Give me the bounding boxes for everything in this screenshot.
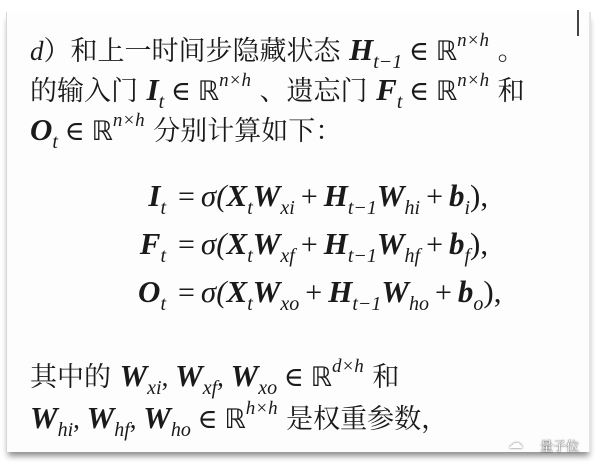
truncated-text-edge <box>577 10 579 36</box>
rhs: =σ(XtWxo+Ht−1Who+bo), <box>172 274 501 316</box>
wechat-icon: ☁ <box>508 434 523 452</box>
superscript: n×h <box>219 70 251 91</box>
element-of: ∈ <box>402 76 436 106</box>
matrix-W: W <box>377 226 405 261</box>
subscript: t <box>160 197 166 219</box>
text: 其中的 <box>30 362 120 393</box>
superscript: n×h <box>457 30 489 51</box>
comma: , <box>217 362 231 392</box>
superscript: n×h <box>113 110 145 131</box>
close-paren: ), <box>470 178 488 213</box>
subscript: xi <box>280 197 294 219</box>
matrix-O: O <box>30 112 52 147</box>
matrix-H: H <box>328 274 352 309</box>
reals-symbol: ℝ <box>436 76 457 107</box>
subscript: o <box>473 293 483 315</box>
subscript: xo <box>280 293 299 315</box>
subscript: hf <box>114 419 130 441</box>
watermark-label: 量子位 <box>540 436 579 455</box>
plus: + <box>420 228 449 261</box>
subscript: hi <box>58 419 74 441</box>
text: 。 <box>489 36 525 67</box>
superscript: h×h <box>246 398 278 419</box>
rhs: =σ(XtWxf+Ht−1Whf+bf), <box>172 226 488 268</box>
matrix-X: X <box>227 226 248 261</box>
matrix-W: W <box>143 400 171 435</box>
subscript: ho <box>409 293 429 315</box>
matrix-F: F <box>376 72 397 107</box>
subscript: ho <box>171 419 191 441</box>
lhs: I <box>148 178 160 213</box>
text: ）和上一时间步隐藏状态 <box>44 36 350 67</box>
superscript: n×h <box>457 70 489 91</box>
text: 、遗忘门 <box>251 76 376 107</box>
equals: = <box>172 180 201 213</box>
sigma: σ( <box>201 226 227 261</box>
comma: , <box>73 404 87 434</box>
superscript: d×h <box>332 356 364 377</box>
reals-symbol: ℝ <box>224 404 245 435</box>
reals-symbol: ℝ <box>311 362 332 393</box>
matrix-W: W <box>175 358 203 393</box>
matrix-W: W <box>377 178 405 213</box>
subscript: t <box>160 293 166 315</box>
element-of: ∈ <box>402 36 436 66</box>
element-of: ∈ <box>58 116 92 146</box>
lhs: F <box>140 226 161 261</box>
text: 是权重参数， <box>278 404 449 435</box>
equals: = <box>172 276 201 309</box>
element-of: ∈ <box>191 404 225 434</box>
paragraph2-line-2: Whi, Whf, Who ∈ ℝh×h 是权重参数， <box>30 392 448 447</box>
element-of: ∈ <box>277 362 311 392</box>
subscript: hf <box>405 245 421 267</box>
close-paren: ), <box>483 274 501 309</box>
element-of: ∈ <box>164 76 198 106</box>
reals-symbol: ℝ <box>436 36 457 67</box>
matrix-W: W <box>231 358 259 393</box>
subscript: t−1 <box>352 293 381 315</box>
reals-symbol: ℝ <box>198 76 219 107</box>
comma: , <box>162 362 176 392</box>
subscript: t <box>160 245 166 267</box>
matrix-W: W <box>253 226 281 261</box>
comma: , <box>130 404 144 434</box>
close-paren: ), <box>470 226 488 261</box>
equals: = <box>172 228 201 261</box>
matrix-W: W <box>120 358 148 393</box>
matrix-X: X <box>227 178 248 213</box>
text: 和 <box>364 362 400 393</box>
rhs: =σ(XtWxi+Ht−1Whi+bi), <box>172 178 488 220</box>
sigma: σ( <box>201 178 227 213</box>
subscript: t−1 <box>348 197 377 219</box>
reals-symbol: ℝ <box>91 116 112 147</box>
matrix-H: H <box>349 32 373 67</box>
matrix-W: W <box>253 274 281 309</box>
matrix-W: W <box>381 274 409 309</box>
text: 分别计算如下： <box>145 116 343 147</box>
matrix-W: W <box>30 400 58 435</box>
bias-b: b <box>449 226 465 261</box>
lhs: O <box>138 274 160 309</box>
bias-b: b <box>458 274 474 309</box>
subscript: hi <box>405 197 421 219</box>
subscript: t−1 <box>348 245 377 267</box>
plus: + <box>295 180 324 213</box>
plus: + <box>420 180 449 213</box>
matrix-I: I <box>147 72 159 107</box>
text: 的输入门 <box>30 76 147 107</box>
subscript: xf <box>280 245 294 267</box>
plus: + <box>429 276 458 309</box>
paragraph-line-3: Ot ∈ ℝn×h 分别计算如下： <box>30 104 342 159</box>
matrix-H: H <box>324 226 348 261</box>
variable-d: d <box>30 36 44 66</box>
matrix-X: X <box>227 274 248 309</box>
matrix-H: H <box>324 178 348 213</box>
bias-b: b <box>449 178 465 213</box>
plus: + <box>299 276 328 309</box>
matrix-W: W <box>253 178 281 213</box>
matrix-W: W <box>87 400 115 435</box>
plus: + <box>295 228 324 261</box>
text: 和 <box>489 76 525 107</box>
sigma: σ( <box>201 274 227 309</box>
